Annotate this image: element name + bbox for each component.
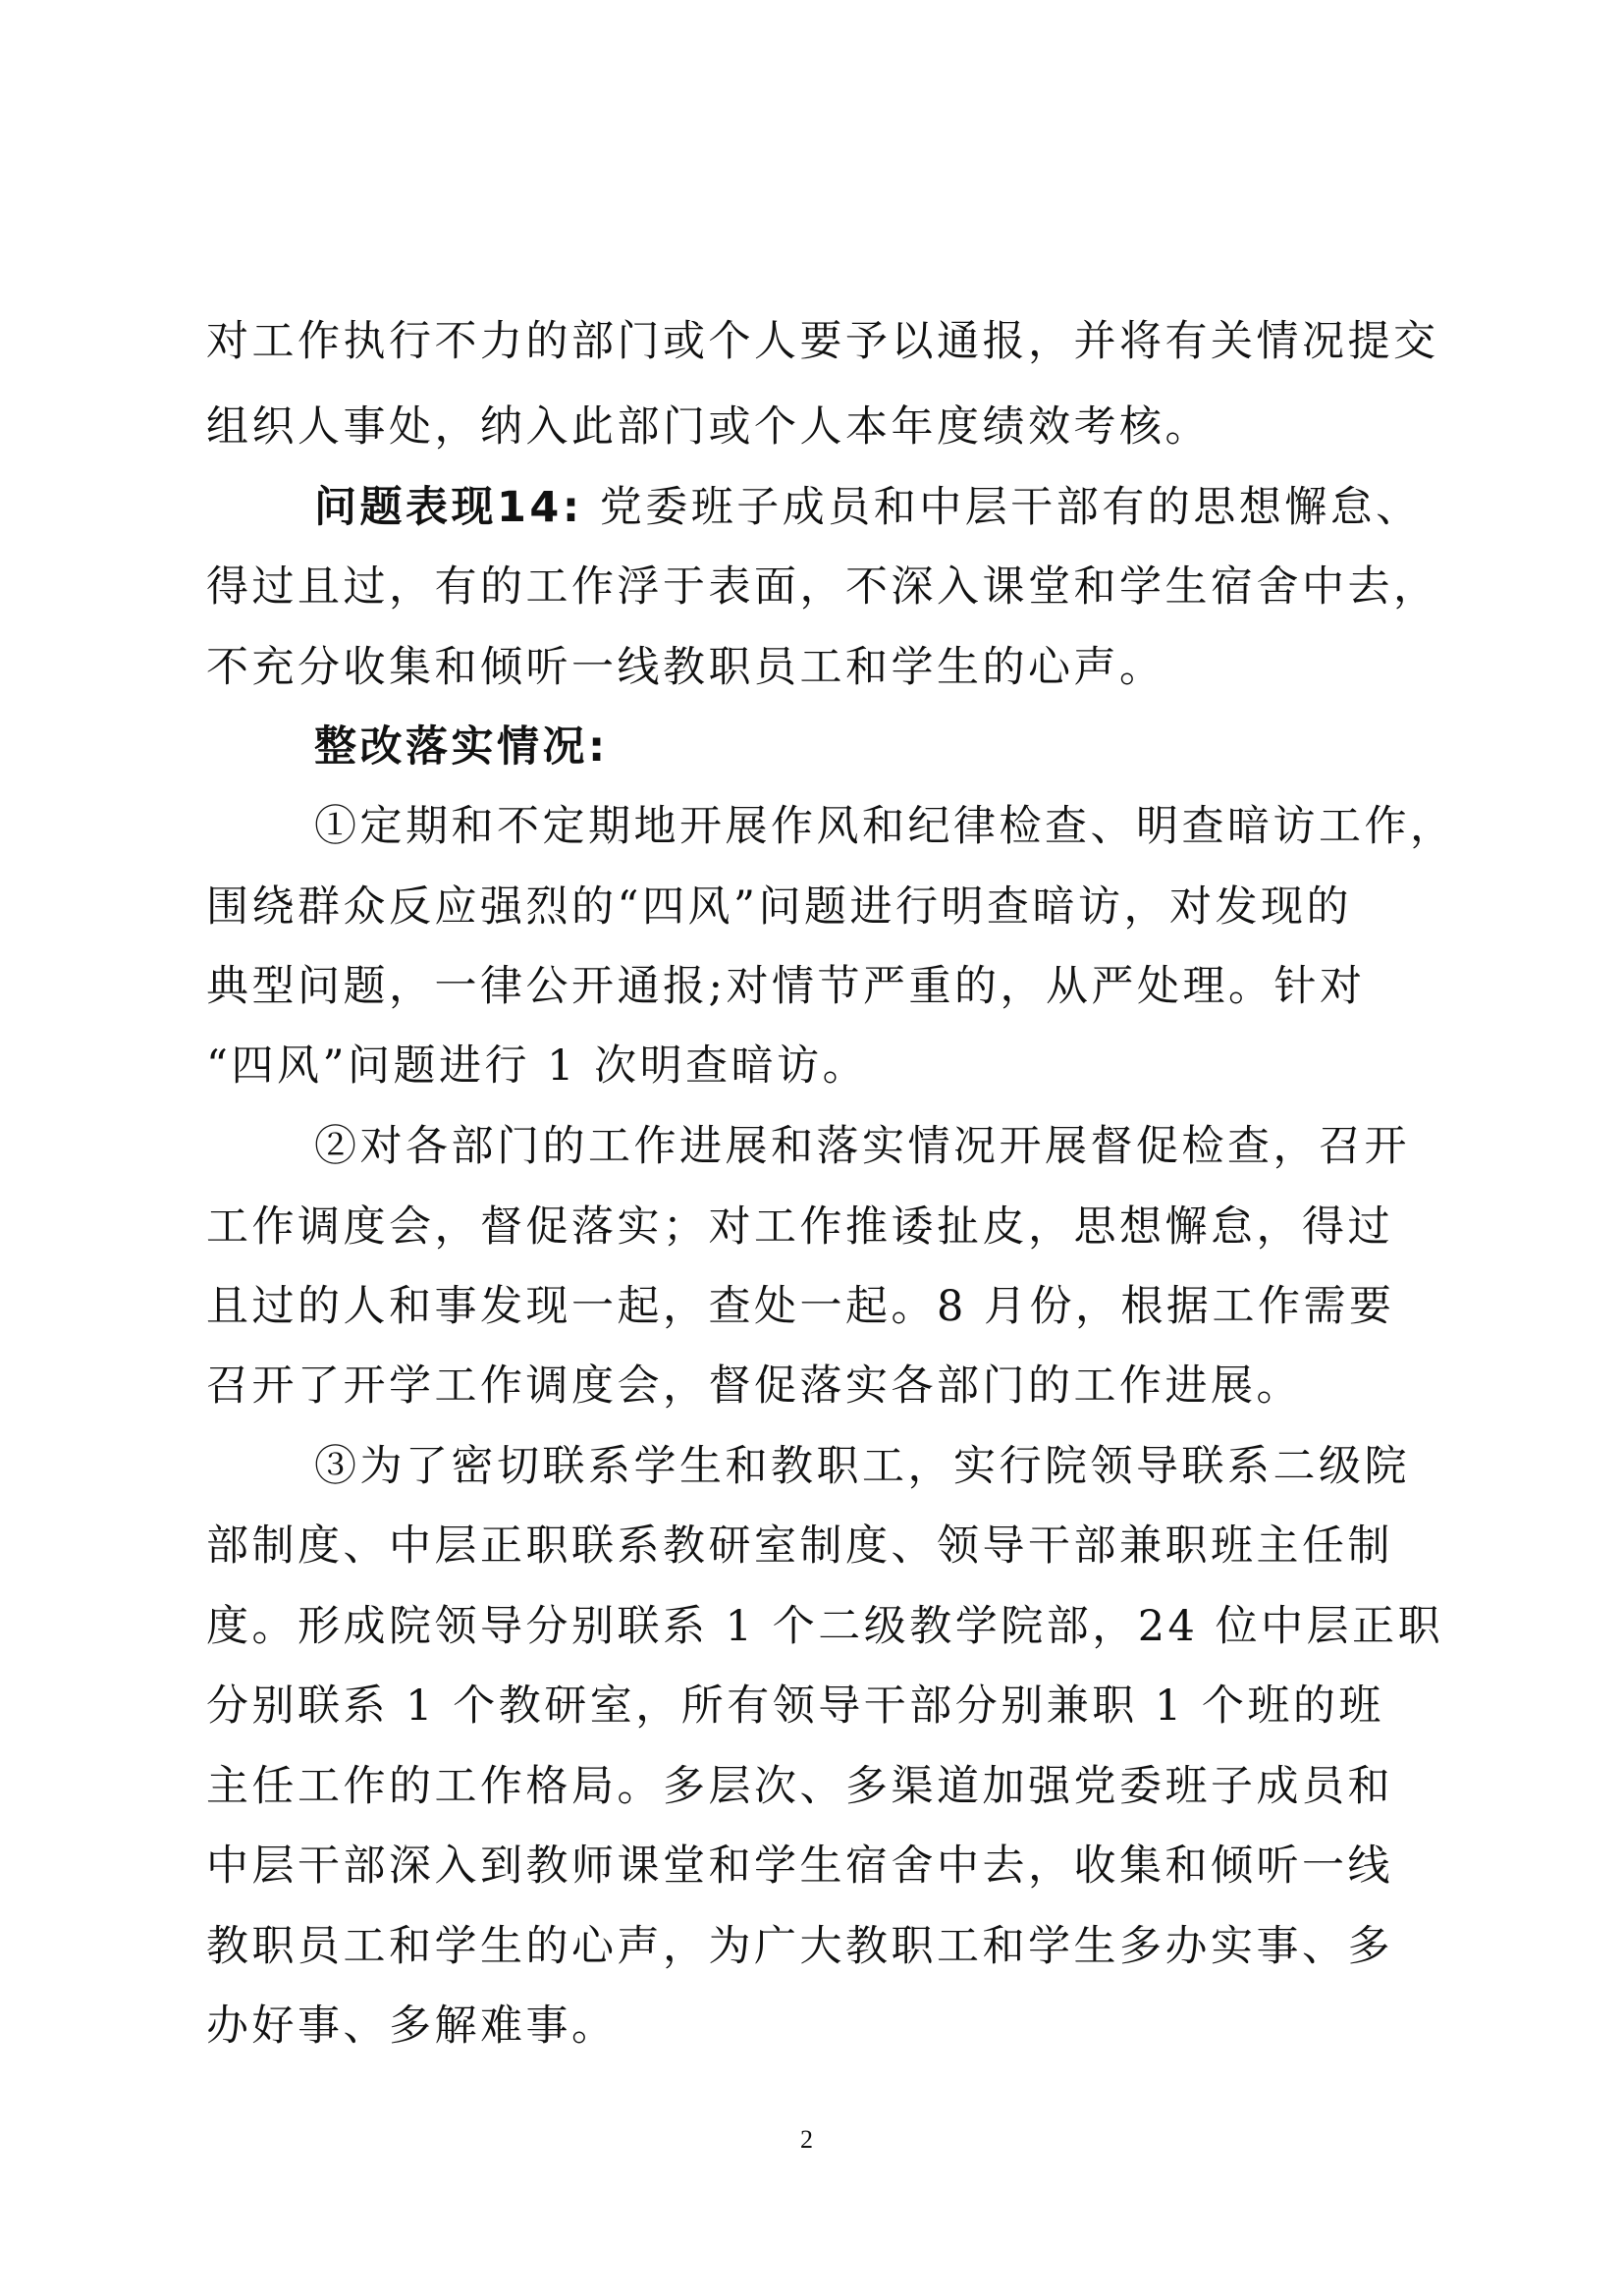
paragraph-line: 典型问题，一律公开通报;对情节严重的，从严处理。针对 xyxy=(206,957,1424,1016)
paragraph-line: 召开了开学工作调度会，督促落实各部门的工作进展。 xyxy=(206,1357,1424,1415)
paragraph-line: 且过的人和事发现一起，查处一起。8 月份，根据工作需要 xyxy=(206,1277,1424,1336)
paragraph-line: 主任工作的工作格局。多层次、多渠道加强党委班子成员和 xyxy=(206,1757,1424,1816)
page-number: 2 xyxy=(800,2125,813,2155)
paragraph-line: ③为了密切联系学生和教职工，实行院领导联系二级院 xyxy=(314,1437,1532,1496)
document-page: 对工作执行不力的部门或个人要予以通报，并将有关情况提交 组织人事处，纳入此部门或… xyxy=(0,0,1624,2296)
paragraph-line: 围绕群众反应强烈的“四风”问题进行明查暗访，对发现的 xyxy=(206,878,1424,936)
paragraph-line: 教职员工和学生的心声，为广大教职工和学生多办实事、多 xyxy=(206,1917,1424,1976)
paragraph-line: 组织人事处，纳入此部门或个人本年度绩效考核。 xyxy=(206,398,1424,456)
paragraph-line: 工作调度会，督促落实；对工作推诿扯皮，思想懈怠，得过 xyxy=(206,1198,1424,1256)
problem-heading-line: 问题表现14: 党委班子成员和中层干部有的思想懈怠、 xyxy=(314,478,1532,537)
paragraph-line: ②对各部门的工作进展和落实情况开展督促检查，召开 xyxy=(314,1117,1532,1176)
paragraph-line: 不充分收集和倾听一线教职员工和学生的心声。 xyxy=(206,638,1424,697)
paragraph-line: 对工作执行不力的部门或个人要予以通报，并将有关情况提交 xyxy=(206,312,1424,371)
problem-text: 党委班子成员和中层干部有的思想懈怠、 xyxy=(600,483,1422,532)
paragraph-line: 中层干部深入到教师课堂和学生宿舍中去，收集和倾听一线 xyxy=(206,1837,1424,1896)
problem-label: 问题表现14: xyxy=(314,483,583,532)
paragraph-line: 得过且过，有的工作浮于表面，不深入课堂和学生宿舍中去， xyxy=(206,558,1424,616)
paragraph-line: 度。形成院领导分别联系 1 个二级教学院部，24 位中层正职 xyxy=(206,1597,1424,1656)
paragraph-line: 部制度、中层正职联系教研室制度、领导干部兼职班主任制 xyxy=(206,1517,1424,1575)
section-heading: 整改落实情况: xyxy=(314,718,1532,776)
paragraph-line: 办好事、多解难事。 xyxy=(206,1997,1424,2056)
paragraph-line: “四风”问题进行 1 次明查暗访。 xyxy=(206,1037,1424,1095)
paragraph-line: 分别联系 1 个教研室，所有领导干部分别兼职 1 个班的班 xyxy=(206,1677,1424,1735)
paragraph-line: ①定期和不定期地开展作风和纪律检查、明查暗访工作， xyxy=(314,797,1532,856)
